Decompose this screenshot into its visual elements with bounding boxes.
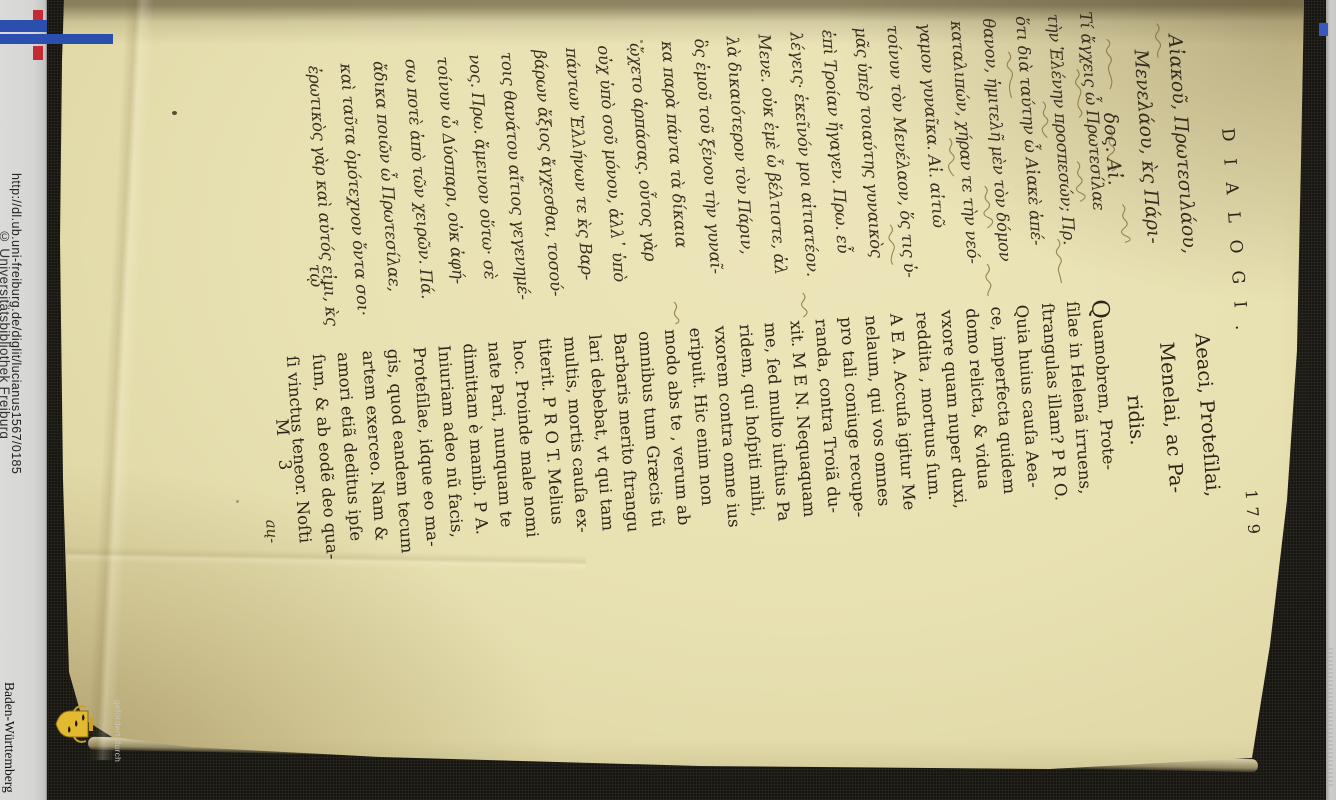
library-logo-blue-bar-short: [0, 20, 47, 32]
library-logo-blue-bar-long: [0, 34, 113, 44]
funding-note-label: gefördert durch: [113, 700, 123, 762]
copyright-text: © Universitätsbibliothek Freiburg: [0, 229, 12, 439]
latin-text-column: Quamobrem, Prote-ſilae in Helenã irruens…: [280, 298, 1129, 606]
viewer-sidebar: http://dl.ub.uni-freiburg.de/diglit/luci…: [0, 0, 47, 800]
latin-catchword: aų-: [262, 519, 282, 544]
running-title: DIALOGI.: [1217, 127, 1252, 347]
region-label: Baden-Württemberg: [1, 682, 17, 793]
page-number: 179: [1241, 489, 1264, 542]
quire-signature: M 3: [271, 418, 295, 480]
edge-microtext: [1328, 648, 1333, 786]
marginal-gloss-mark: [798, 292, 810, 319]
latin-dialogue-title: Aeaci, Proteſilai,Menelai, ac Pa-ridis.: [1109, 289, 1234, 546]
library-logo-red-square-bottom: [33, 46, 43, 60]
baden-wuerttemberg-coat-of-arms-icon: [52, 699, 94, 749]
greek-catchword: τῷ: [304, 263, 326, 288]
marginal-gloss-mark: [670, 301, 682, 326]
greek-text-column: Τί ἄγχεις ὦ Πρωτεσίλαετὴν Ἑλένην προσπεσ…: [298, 11, 1121, 348]
page-text-rotated: DIALOGI. 179 Αἰακοῦ, Πρωτεσιλάου,Μενελάο…: [21, 0, 1336, 643]
scan-viewer: DIALOGI. 179 Αἰακοῦ, Πρωτεσιλάου,Μενελάο…: [0, 0, 1336, 800]
edge-blue-mark: [1319, 23, 1328, 36]
